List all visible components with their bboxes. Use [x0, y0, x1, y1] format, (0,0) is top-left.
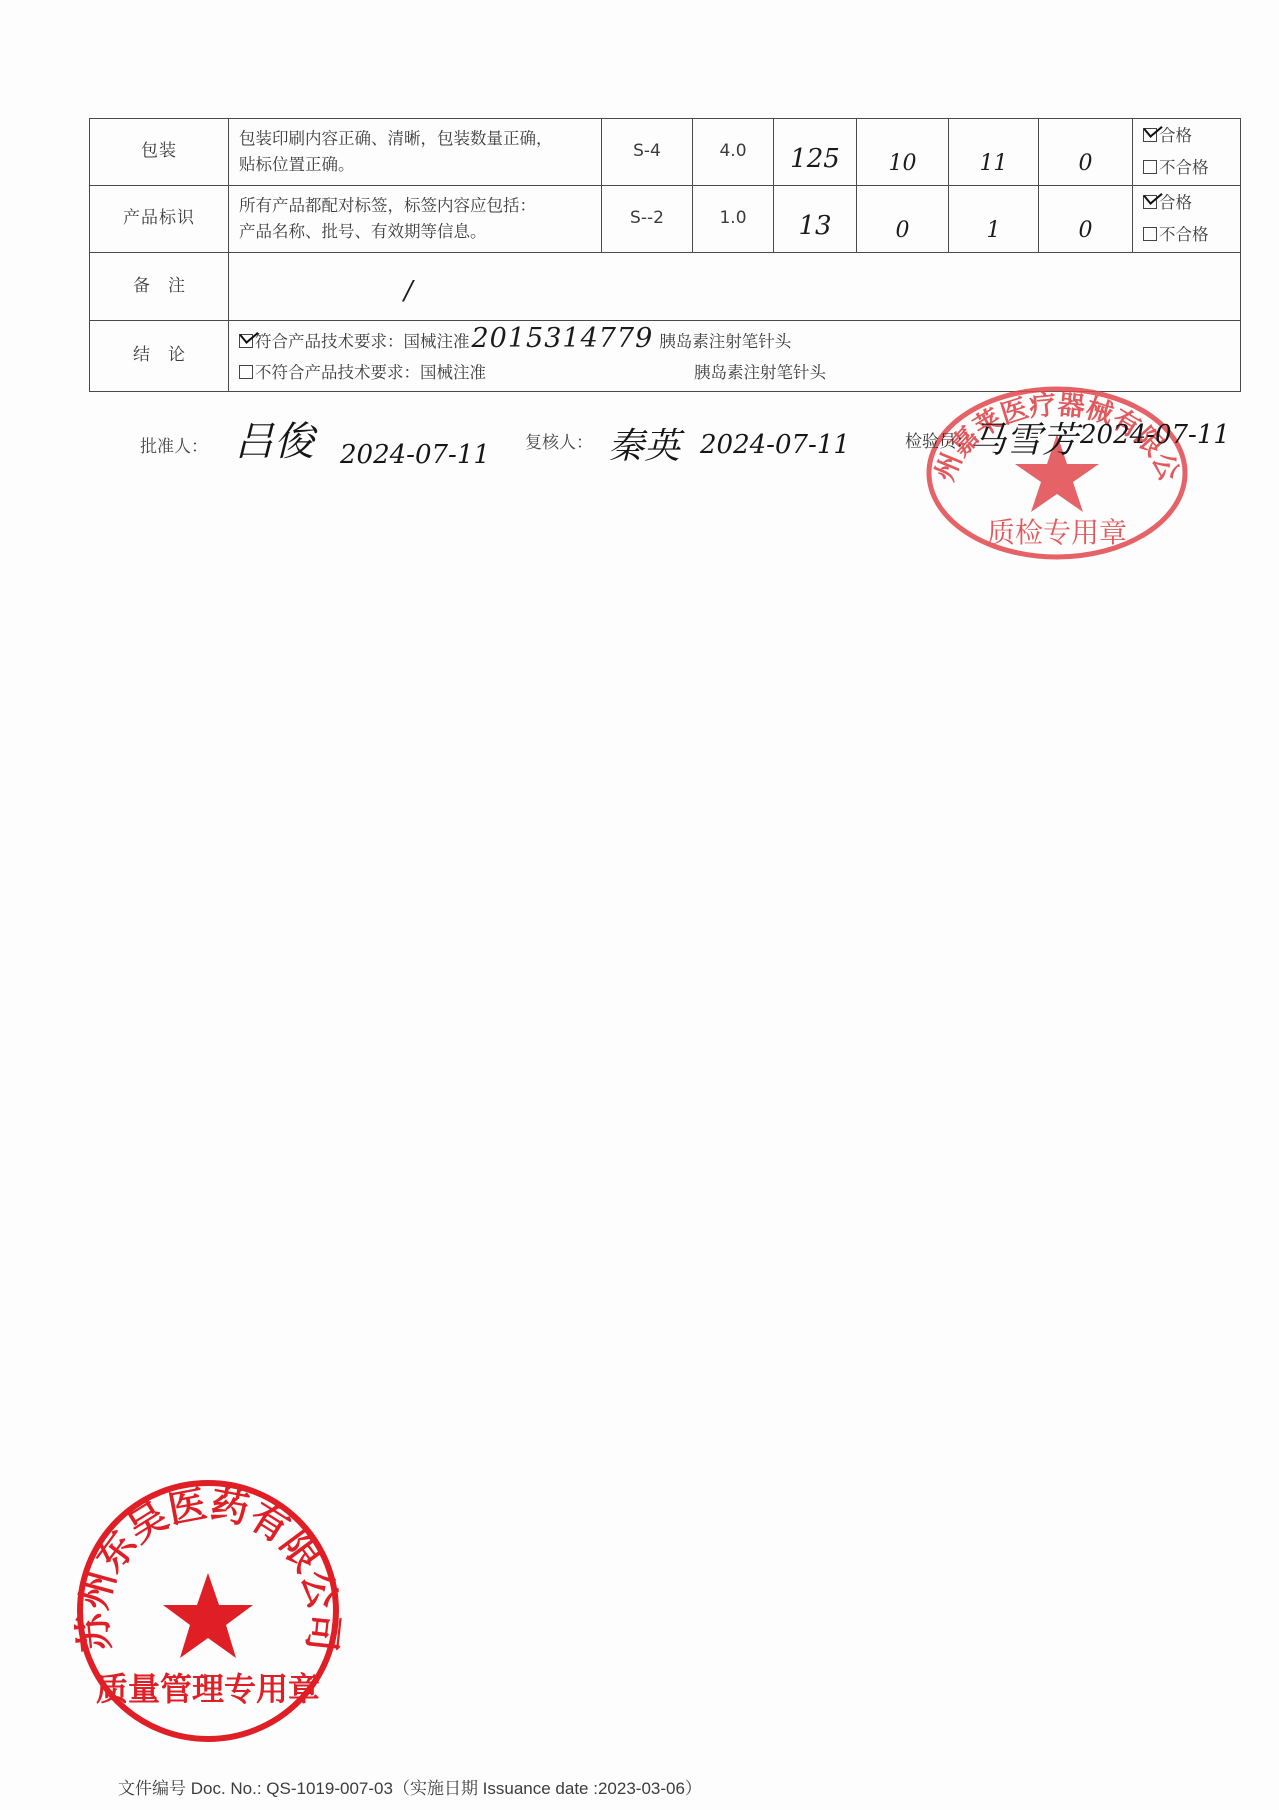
pass-checkbox[interactable]	[1143, 195, 1157, 209]
star-icon	[163, 1573, 253, 1658]
sample-size: 13	[774, 186, 857, 253]
inspection-level: S-4	[602, 119, 693, 186]
requirement: 所有产品都配对标签，标签内容应包括： 产品名称、批号、有效期等信息。	[229, 186, 602, 253]
inspection-level: S--2	[602, 186, 693, 253]
remarks-label: 备注	[90, 253, 229, 321]
item-name: 产品标识	[90, 186, 229, 253]
document-page: 包装 包装印刷内容正确、清晰，包装数量正确， 贴标位置正确。 S-4 4.0 1…	[0, 0, 1279, 1810]
fail-checkbox[interactable]	[1143, 160, 1157, 174]
table-row-remarks: 备注 /	[90, 253, 1241, 321]
conform-line: 符合产品技术要求：国械注准2015314779胰岛素注射笔针头	[239, 322, 1240, 356]
reviewer-signature: 秦英	[608, 418, 680, 469]
pass-checkbox[interactable]	[1143, 128, 1157, 142]
conform-checkbox[interactable]	[239, 334, 253, 348]
sample-size: 125	[774, 119, 857, 186]
svg-text:质检专用章: 质检专用章	[987, 516, 1127, 549]
qa-stamp: 苏州东吴医药有限公司 质量管理专用章	[72, 1475, 344, 1747]
conclusion-label: 结论	[90, 321, 229, 392]
aql: 4.0	[693, 119, 774, 186]
defect-count: 0	[1039, 186, 1133, 253]
accept-number: 0	[857, 186, 949, 253]
reviewer-label: 复核人：	[525, 428, 593, 453]
inspector-signature: 马雪芳	[970, 412, 1078, 463]
reject-number: 1	[949, 186, 1039, 253]
approver-label: 批准人：	[140, 432, 208, 457]
verdict: 合格 不合格	[1133, 119, 1241, 186]
inspection-stamp: 苏州嘉莱医疗器械有限公司 质检专用章	[922, 382, 1192, 564]
defect-count: 0	[1039, 119, 1133, 186]
table-row-packaging: 包装 包装印刷内容正确、清晰，包装数量正确， 贴标位置正确。 S-4 4.0 1…	[90, 119, 1241, 186]
remarks-value: /	[229, 253, 1241, 321]
nonconform-checkbox[interactable]	[239, 365, 253, 379]
registration-number: 2015314779	[472, 323, 654, 354]
reject-number: 11	[949, 119, 1039, 186]
aql: 1.0	[693, 186, 774, 253]
requirement: 包装印刷内容正确、清晰，包装数量正确， 贴标位置正确。	[229, 119, 602, 186]
approver-date: 2024-07-11	[340, 440, 490, 470]
table-row-product-label: 产品标识 所有产品都配对标签，标签内容应包括： 产品名称、批号、有效期等信息。 …	[90, 186, 1241, 253]
svg-text:质量管理专用章: 质量管理专用章	[96, 1670, 320, 1708]
accept-number: 10	[857, 119, 949, 186]
reviewer-date: 2024-07-11	[700, 430, 850, 460]
inspection-table: 包装 包装印刷内容正确、清晰，包装数量正确， 贴标位置正确。 S-4 4.0 1…	[89, 118, 1241, 392]
inspector-date: 2024-07-11	[1080, 420, 1230, 450]
table-row-conclusion: 结论 符合产品技术要求：国械注准2015314779胰岛素注射笔针头 不符合产品…	[90, 321, 1241, 392]
item-name: 包装	[90, 119, 229, 186]
verdict: 合格 不合格	[1133, 186, 1241, 253]
inspector-label: 检验员：	[905, 427, 973, 452]
approver-signature: 吕俊	[234, 410, 314, 467]
product-name: 胰岛素注射笔针头	[694, 356, 826, 390]
conclusion-value: 符合产品技术要求：国械注准2015314779胰岛素注射笔针头 不符合产品技术要…	[229, 321, 1241, 392]
product-name: 胰岛素注射笔针头	[659, 332, 791, 351]
fail-checkbox[interactable]	[1143, 227, 1157, 241]
document-footer: 文件编号 Doc. No.: QS-1019-007-03（实施日期 Issua…	[118, 1774, 702, 1799]
